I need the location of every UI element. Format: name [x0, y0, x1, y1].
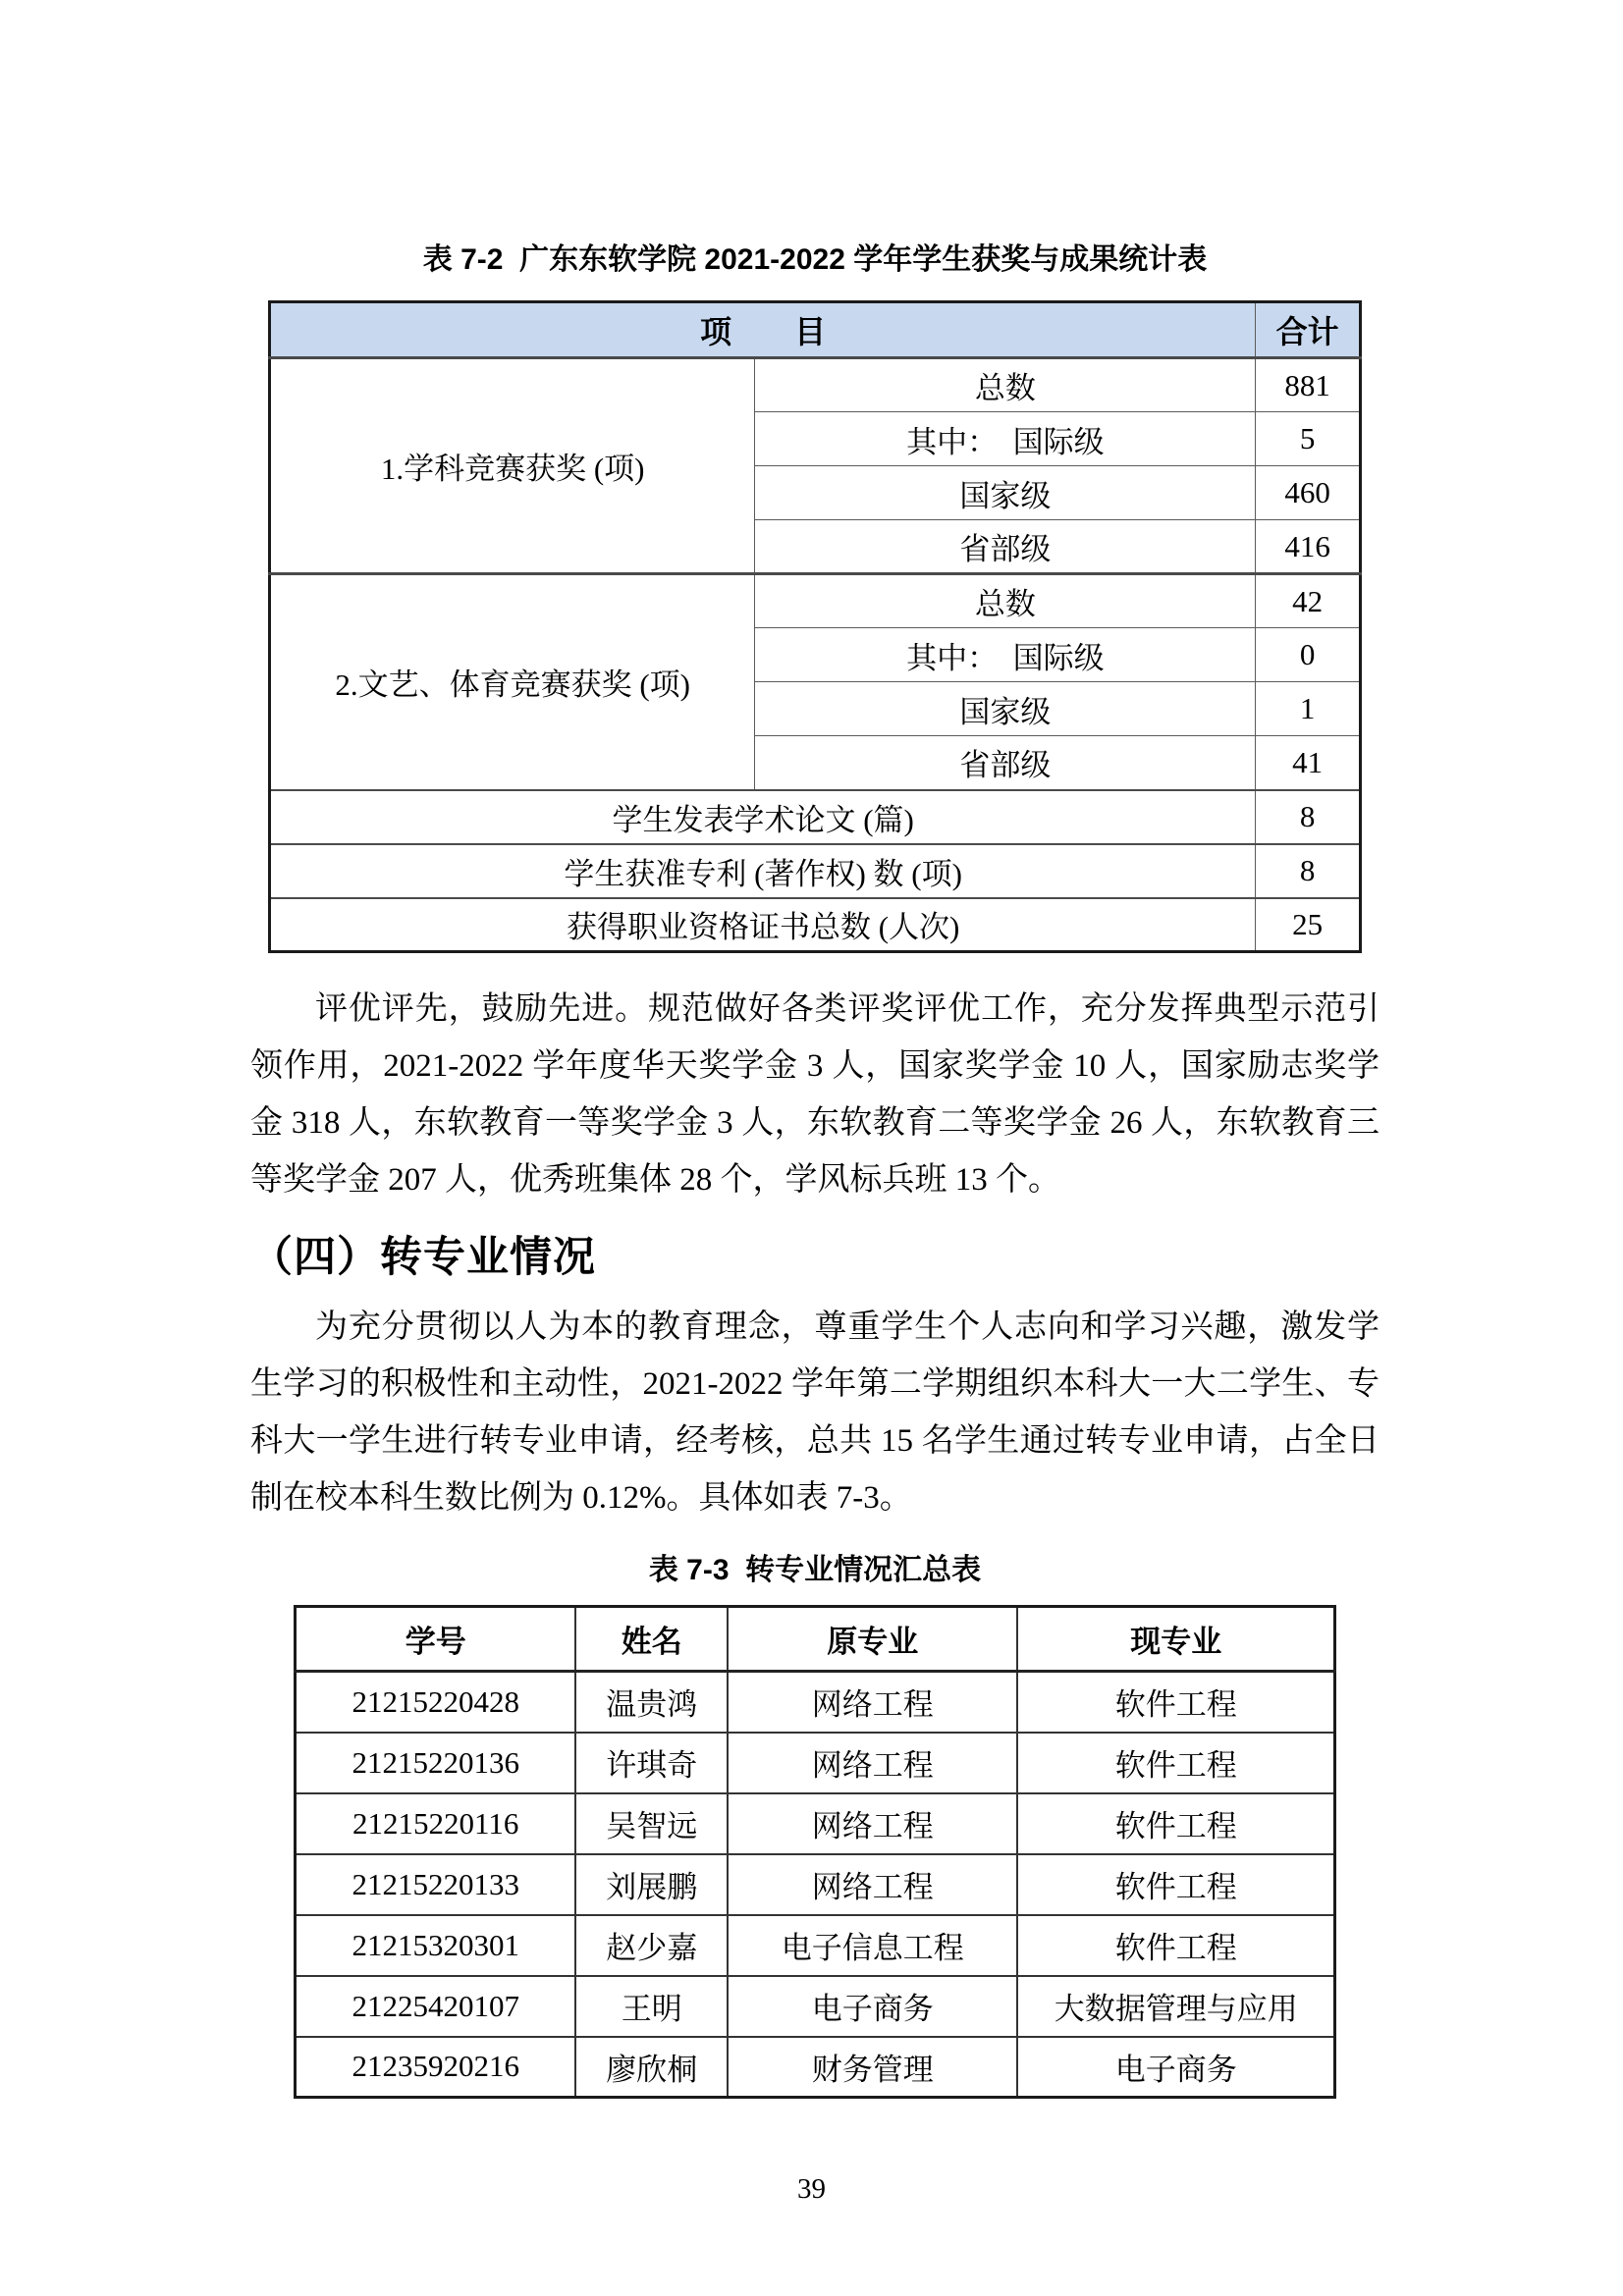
header-name: 姓名 [575, 1607, 728, 1672]
original-major-cell: 网络工程 [728, 1672, 1017, 1733]
table-header-row: 学号 姓名 原专业 现专业 [296, 1607, 1335, 1672]
student-id-cell: 21215320301 [296, 1915, 576, 1976]
table-row: 获得职业资格证书总数 (人次) 25 [270, 898, 1361, 952]
name-cell: 廖欣桐 [575, 2037, 728, 2098]
item-cell: 国家级 [755, 682, 1256, 736]
item-cell: 省部级 [755, 520, 1256, 574]
current-major-cell: 软件工程 [1017, 1733, 1334, 1793]
header-item-cell: 项 目 [270, 302, 1256, 358]
category-cell: 1.学科竞赛获奖 (项) [270, 358, 755, 574]
document-page: 表 7-2 广东东软学院 2021-2022 学年学生获奖与成果统计表 项 目 … [0, 0, 1623, 2296]
item-cell: 其中： 国际级 [755, 412, 1256, 466]
current-major-cell: 软件工程 [1017, 1793, 1334, 1854]
table-row: 1.学科竞赛获奖 (项) 总数 881 [270, 358, 1361, 412]
student-id-cell: 21215220116 [296, 1793, 576, 1854]
value-cell: 25 [1256, 898, 1361, 952]
item-cell: 国家级 [755, 466, 1256, 520]
name-cell: 刘展鹏 [575, 1854, 728, 1915]
original-major-cell: 电子商务 [728, 1976, 1017, 2037]
current-major-cell: 电子商务 [1017, 2037, 1334, 2098]
student-id-cell: 21215220428 [296, 1672, 576, 1733]
header-current-major: 现专业 [1017, 1607, 1334, 1672]
header-student-id: 学号 [296, 1607, 576, 1672]
value-cell: 41 [1256, 736, 1361, 790]
table-row: 21215220428 温贵鸿 网络工程 软件工程 [296, 1672, 1335, 1733]
item-cell: 省部级 [755, 736, 1256, 790]
header-original-major: 原专业 [728, 1607, 1017, 1672]
header-total-cell: 合计 [1256, 302, 1361, 358]
name-cell: 吴智远 [575, 1793, 728, 1854]
section-heading-major-transfer: （四）转专业情况 [250, 1230, 1380, 1285]
student-id-cell: 21215220133 [296, 1854, 576, 1915]
value-cell: 8 [1256, 790, 1361, 844]
table-row: 学生获准专利 (著作权) 数 (项) 8 [270, 844, 1361, 898]
original-major-cell: 电子信息工程 [728, 1915, 1017, 1976]
student-id-cell: 21225420107 [296, 1976, 576, 2037]
table-row: 21215220136 许琪奇 网络工程 软件工程 [296, 1733, 1335, 1793]
table-row: 2.文艺、体育竞赛获奖 (项) 总数 42 [270, 574, 1361, 628]
table-row: 学生发表学术论文 (篇) 8 [270, 790, 1361, 844]
major-transfer-table: 学号 姓名 原专业 现专业 21215220428 温贵鸿 网络工程 软件工程 … [294, 1605, 1336, 2099]
original-major-cell: 财务管理 [728, 2037, 1017, 2098]
awards-statistics-table: 项 目 合计 1.学科竞赛获奖 (项) 总数 881 其中： 国际级 5 国家级… [268, 300, 1362, 953]
value-cell: 42 [1256, 574, 1361, 628]
table-row: 21215220133 刘展鹏 网络工程 软件工程 [296, 1854, 1335, 1915]
table-7-2-caption: 表 7-2 广东东软学院 2021-2022 学年学生获奖与成果统计表 [250, 241, 1380, 279]
table-header-row: 项 目 合计 [270, 302, 1361, 358]
value-cell: 5 [1256, 412, 1361, 466]
summary-item-cell: 学生获准专利 (著作权) 数 (项) [270, 844, 1256, 898]
page-number: 39 [0, 2173, 1623, 2206]
value-cell: 0 [1256, 628, 1361, 682]
table-7-3-caption: 表 7-3 转专业情况汇总表 [250, 1552, 1380, 1589]
name-cell: 王明 [575, 1976, 728, 2037]
table-row: 21215320301 赵少嘉 电子信息工程 软件工程 [296, 1915, 1335, 1976]
value-cell: 416 [1256, 520, 1361, 574]
current-major-cell: 软件工程 [1017, 1672, 1334, 1733]
name-cell: 许琪奇 [575, 1733, 728, 1793]
original-major-cell: 网络工程 [728, 1793, 1017, 1854]
awards-summary-paragraph: 评优评先，鼓励先进。规范做好各类评奖评优工作，充分发挥典型示范引领作用，2021… [250, 981, 1380, 1208]
value-cell: 881 [1256, 358, 1361, 412]
current-major-cell: 软件工程 [1017, 1915, 1334, 1976]
major-transfer-paragraph: 为充分贯彻以人为本的教育理念，尊重学生个人志向和学习兴趣，激发学生学习的积极性和… [250, 1299, 1380, 1526]
summary-item-cell: 学生发表学术论文 (篇) [270, 790, 1256, 844]
value-cell: 1 [1256, 682, 1361, 736]
student-id-cell: 21215220136 [296, 1733, 576, 1793]
original-major-cell: 网络工程 [728, 1733, 1017, 1793]
student-id-cell: 21235920216 [296, 2037, 576, 2098]
value-cell: 460 [1256, 466, 1361, 520]
summary-item-cell: 获得职业资格证书总数 (人次) [270, 898, 1256, 952]
value-cell: 8 [1256, 844, 1361, 898]
original-major-cell: 网络工程 [728, 1854, 1017, 1915]
name-cell: 赵少嘉 [575, 1915, 728, 1976]
current-major-cell: 大数据管理与应用 [1017, 1976, 1334, 2037]
current-major-cell: 软件工程 [1017, 1854, 1334, 1915]
item-cell: 其中： 国际级 [755, 628, 1256, 682]
table-row: 21225420107 王明 电子商务 大数据管理与应用 [296, 1976, 1335, 2037]
category-cell: 2.文艺、体育竞赛获奖 (项) [270, 574, 755, 790]
name-cell: 温贵鸿 [575, 1672, 728, 1733]
item-cell: 总数 [755, 574, 1256, 628]
table-row: 21235920216 廖欣桐 财务管理 电子商务 [296, 2037, 1335, 2098]
table-row: 21215220116 吴智远 网络工程 软件工程 [296, 1793, 1335, 1854]
item-cell: 总数 [755, 358, 1256, 412]
